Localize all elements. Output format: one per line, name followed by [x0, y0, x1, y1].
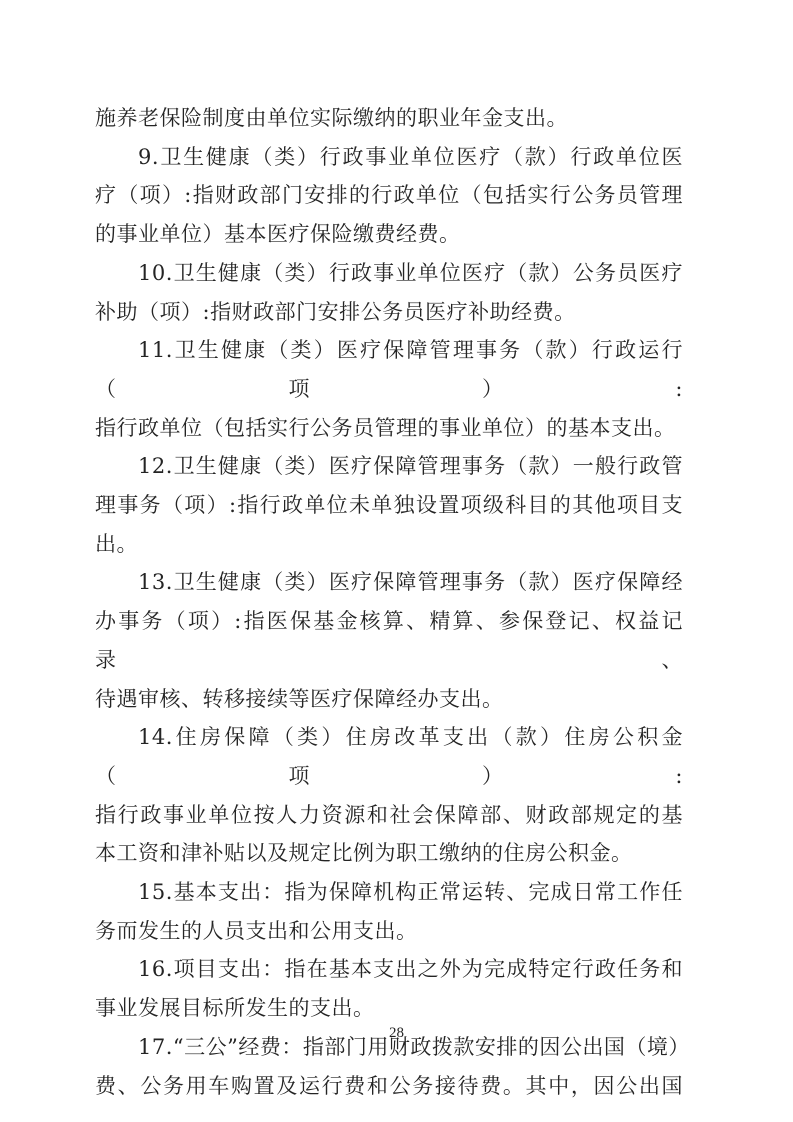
- text-line: 12.卫生健康（类）医疗保障管理事务（款）一般行政管: [95, 447, 683, 486]
- text-line: 施养老保险制度由单位实际缴纳的职业年金支出。: [95, 99, 683, 138]
- text-line: 指行政事业单位按人力资源和社会保障部、财政部规定的基: [95, 796, 683, 835]
- text-line: 10.卫生健康（类）行政事业单位医疗（款）公务员医疗: [95, 254, 683, 293]
- paragraph: 16.项目支出：指在基本支出之外为完成特定行政任务和事业发展目标所发生的支出。: [95, 950, 683, 1027]
- paragraph: 10.卫生健康（类）行政事业单位医疗（款）公务员医疗补助（项）:指财政部门安排公…: [95, 254, 683, 331]
- text-line: 本工资和津补贴以及规定比例为职工缴纳的住房公积金。: [95, 834, 683, 873]
- text-line: 出。: [95, 525, 683, 564]
- text-line: 指行政单位（包括实行公务员管理的事业单位）的基本支出。: [95, 409, 683, 448]
- text-line: 15.基本支出：指为保障机构正常运转、完成日常工作任: [95, 873, 683, 912]
- paragraph: 11.卫生健康（类）医疗保障管理事务（款）行政运行（项）:指行政单位（包括实行公…: [95, 331, 683, 447]
- text-line: 9.卫生健康（类）行政事业单位医疗（款）行政单位医: [95, 138, 683, 177]
- text-line: 16.项目支出：指在基本支出之外为完成特定行政任务和: [95, 950, 683, 989]
- document-body: 施养老保险制度由单位实际缴纳的职业年金支出。9.卫生健康（类）行政事业单位医疗（…: [95, 99, 683, 1105]
- text-line: 11.卫生健康（类）医疗保障管理事务（款）行政运行（项）:: [95, 331, 683, 408]
- text-line: 办事务（项）:指医保基金核算、精算、参保登记、权益记录、: [95, 602, 683, 679]
- text-line: 疗（项）:指财政部门安排的行政单位（包括实行公务员管理: [95, 176, 683, 215]
- text-line: 13.卫生健康（类）医疗保障管理事务（款）医疗保障经: [95, 563, 683, 602]
- text-line: 补助（项）:指财政部门安排公务员医疗补助经费。: [95, 293, 683, 332]
- text-line: 费、公务用车购置及运行费和公务接待费。其中，因公出国: [95, 1067, 683, 1106]
- text-line: 务而发生的人员支出和公用支出。: [95, 912, 683, 951]
- text-line: 的事业单位）基本医疗保险缴费经费。: [95, 215, 683, 254]
- document-page: 施养老保险制度由单位实际缴纳的职业年金支出。9.卫生健康（类）行政事业单位医疗（…: [0, 0, 793, 1122]
- text-line: 理事务（项）:指行政单位未单独设置项级科目的其他项目支: [95, 486, 683, 525]
- paragraph: 13.卫生健康（类）医疗保障管理事务（款）医疗保障经办事务（项）:指医保基金核算…: [95, 563, 683, 718]
- page-footer: 28: [0, 1022, 793, 1042]
- page-number: 28: [389, 1025, 404, 1041]
- paragraph: 施养老保险制度由单位实际缴纳的职业年金支出。: [95, 99, 683, 138]
- paragraph: 12.卫生健康（类）医疗保障管理事务（款）一般行政管理事务（项）:指行政单位未单…: [95, 447, 683, 563]
- text-line: 14.住房保障（类）住房改革支出（款）住房公积金（项）:: [95, 718, 683, 795]
- paragraph: 9.卫生健康（类）行政事业单位医疗（款）行政单位医疗（项）:指财政部门安排的行政…: [95, 138, 683, 254]
- paragraph: 14.住房保障（类）住房改革支出（款）住房公积金（项）:指行政事业单位按人力资源…: [95, 718, 683, 873]
- paragraph: 15.基本支出：指为保障机构正常运转、完成日常工作任务而发生的人员支出和公用支出…: [95, 873, 683, 950]
- text-line: 待遇审核、转移接续等医疗保障经办支出。: [95, 680, 683, 719]
